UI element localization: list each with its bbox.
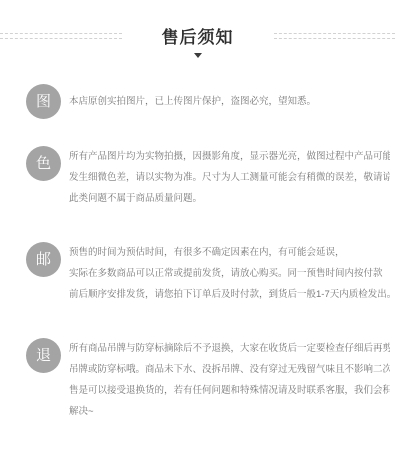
section-text: 本店原创实拍图片，已上传图片保护，盗图必究，望知悉。 — [69, 91, 316, 112]
text-line: 前后顺序安排发货，请您拍下订单后及时付款，到货后一般1-7天内质检发出。 — [69, 284, 390, 305]
text-line: 发生细微色差，请以实物为准。尺寸为人工测量可能会有稍微的误差，敬请谅解。 — [69, 167, 390, 188]
notice-section: 图 本店原创实拍图片，已上传图片保护，盗图必究，望知悉。 — [26, 84, 390, 119]
after-sales-notice-panel: 售后须知 图 本店原创实拍图片，已上传图片保护，盗图必究，望知悉。 色 所有产品… — [0, 0, 395, 464]
text-line: 预售的时间为预估时间，有很多不确定因素在内，有可能会延误， — [69, 242, 390, 263]
right-divider — [274, 33, 395, 39]
notice-header: 售后须知 — [0, 0, 395, 58]
color-badge-icon: 色 — [26, 146, 61, 181]
shipping-badge-icon: 邮 — [26, 242, 61, 277]
text-line: 吊牌或防穿标哦。商品未下水、没拆吊牌、没有穿过无残留气味且不影响二次销 — [69, 359, 390, 380]
return-badge-icon: 退 — [26, 338, 61, 373]
section-text: 预售的时间为预估时间，有很多不确定因素在内，有可能会延误，实际在多数商品可以正常… — [69, 242, 390, 305]
section-text: 所有商品吊牌与防穿标摘除后不予退换，大家在收货后一定要检查仔细后再剪去吊牌或防穿… — [69, 338, 390, 422]
text-line: 所有产品图片均为实物拍摄，因摄影角度，显示器光亮，做图过程中产品可能 — [69, 146, 390, 167]
text-line: 售是可以接受退换货的，若有任何问题和特殊情况请及时联系客服，我们会积极 — [69, 380, 390, 401]
image-badge-icon: 图 — [26, 84, 61, 119]
text-line: 所有商品吊牌与防穿标摘除后不予退换，大家在收货后一定要检查仔细后再剪去 — [69, 338, 390, 359]
text-line: 实际在多数商品可以正常或提前发货，请放心购买。同一预售时间内按付款 — [69, 263, 390, 284]
notice-section: 色 所有产品图片均为实物拍摄，因摄影角度，显示器光亮，做图过程中产品可能发生细微… — [26, 146, 390, 209]
text-line: 本店原创实拍图片，已上传图片保护，盗图必究，望知悉。 — [69, 91, 316, 112]
notice-section: 退 所有商品吊牌与防穿标摘除后不予退换，大家在收货后一定要检查仔细后再剪去吊牌或… — [26, 338, 390, 422]
triangle-down-icon — [194, 53, 202, 58]
notice-section: 邮 预售的时间为预估时间，有很多不确定因素在内，有可能会延误，实际在多数商品可以… — [26, 242, 390, 305]
page-title: 售后须知 — [162, 23, 234, 48]
section-text: 所有产品图片均为实物拍摄，因摄影角度，显示器光亮，做图过程中产品可能发生细微色差… — [69, 146, 390, 209]
title-row: 售后须知 — [0, 23, 395, 48]
notice-sections: 图 本店原创实拍图片，已上传图片保护，盗图必究，望知悉。 色 所有产品图片均为实… — [0, 84, 395, 422]
left-divider — [0, 33, 122, 39]
text-line: 此类问题不属于商品质量问题。 — [69, 188, 390, 209]
text-line: 解决~ — [69, 401, 390, 422]
